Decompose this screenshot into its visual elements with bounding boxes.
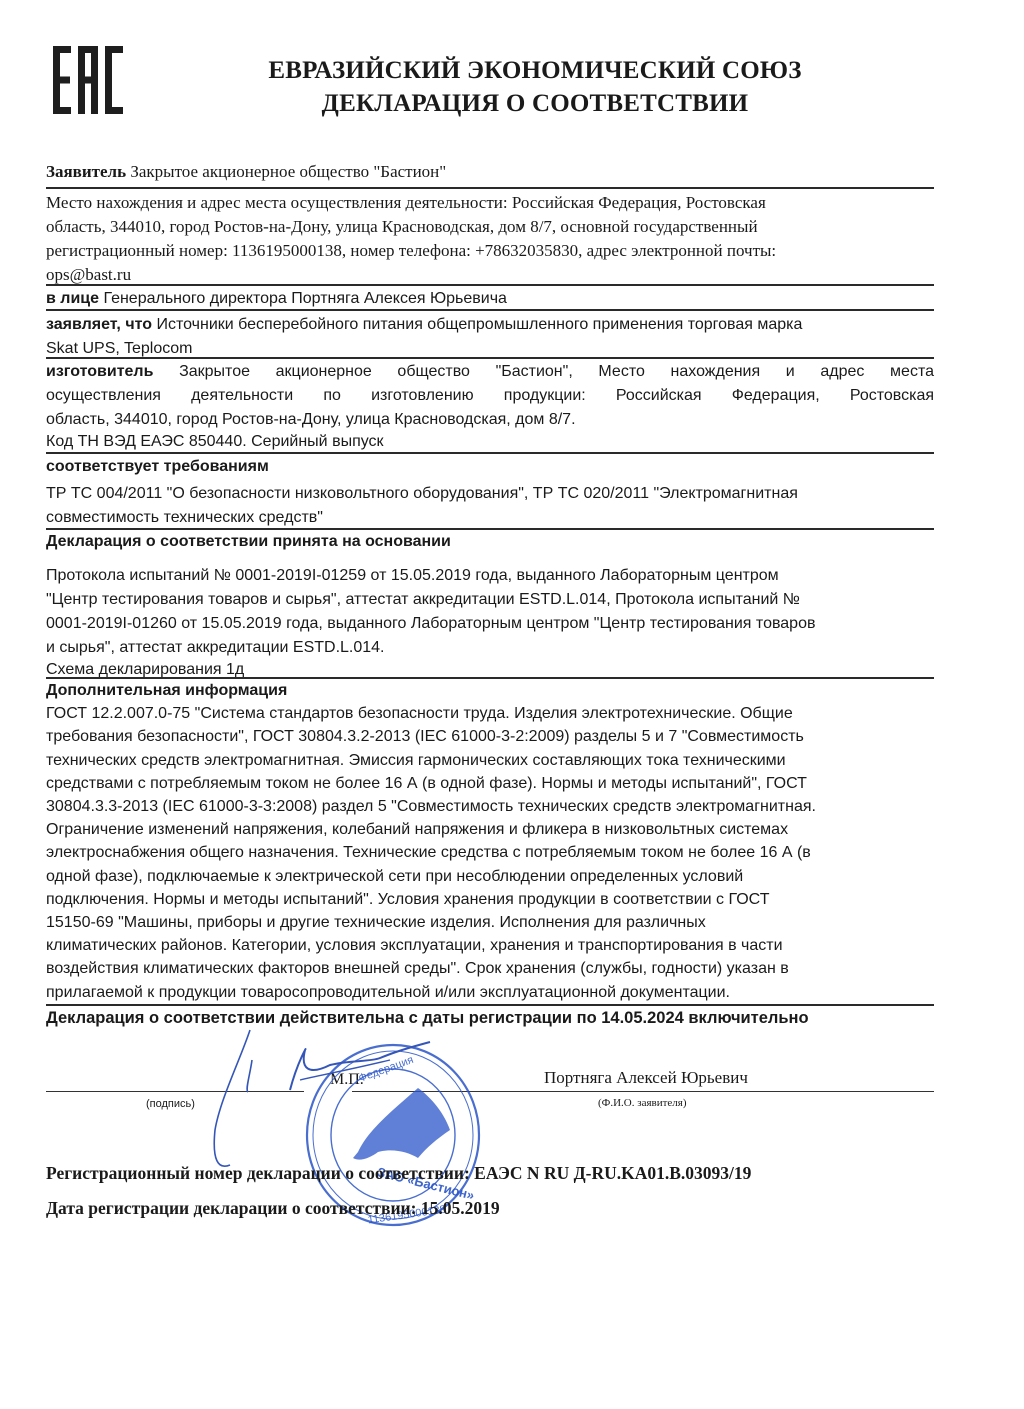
declares-row: заявляет, что Источники бесперебойного п…	[46, 313, 934, 361]
product-description: Источники бесперебойного питания общепро…	[156, 316, 802, 333]
represented-by-row: в лице Генерального директора Портняга А…	[46, 287, 934, 311]
additional-line: климатических районов. Категории, услови…	[46, 934, 934, 957]
represented-by-label: в лице	[46, 290, 99, 307]
validity-statement: Декларация о соответствии действительна …	[46, 1006, 934, 1030]
additional-line: требования безопасности", ГОСТ 30804.3.2…	[46, 725, 934, 748]
handwritten-signature-icon	[190, 1020, 450, 1180]
additional-info: Дополнительная информация ГОСТ 12.2.007.…	[46, 679, 934, 1004]
applicant-label: Заявитель	[46, 162, 126, 181]
represented-by-value: Генерального директора Портняга Алексея …	[103, 290, 506, 307]
manufacturer-row: изготовитель Закрытое акционерное общест…	[46, 360, 934, 454]
address-line: Место нахождения и адрес места осуществл…	[46, 191, 934, 215]
applicant-name: Портняга Алексей Юрьевич	[544, 1066, 844, 1090]
eac-mark-icon	[53, 46, 123, 114]
basis-line: 0001-2019I-01260 от 15.05.2019 года, выд…	[46, 612, 934, 636]
declares-label: заявляет, что	[46, 316, 152, 333]
additional-line: воздействия климатических факторов внешн…	[46, 957, 934, 980]
document-title: ЕВРАЗИЙСКИЙ ЭКОНОМИЧЕСКИЙ СОЮЗ ДЕКЛАРАЦИ…	[160, 54, 910, 120]
requirements-line: совместимость технических средств"	[46, 506, 934, 530]
requirements-row: соответствует требованиям ТР ТС 004/2011…	[46, 455, 934, 530]
divider	[46, 452, 934, 454]
registration-date-value: 15.05.2019	[421, 1198, 500, 1218]
divider	[46, 187, 934, 189]
basis-line: Протокола испытаний № 0001-2019I-01259 о…	[46, 564, 934, 588]
additional-line: Ограничение изменений напряжения, колеба…	[46, 818, 934, 841]
manufacturer-line: осуществления деятельности по изготовлен…	[46, 384, 934, 408]
additional-line: ГОСТ 12.2.007.0-75 "Система стандартов б…	[46, 702, 934, 725]
title-union: ЕВРАЗИЙСКИЙ ЭКОНОМИЧЕСКИЙ СОЮЗ	[160, 54, 910, 87]
manufacturer-label: изготовитель	[46, 363, 153, 380]
additional-line: 15150-69 "Машины, приборы и другие техни…	[46, 911, 934, 934]
registration-number-row: Регистрационный номер декларации о соотв…	[46, 1163, 751, 1184]
manufacturer-line: Закрытое акционерное общество "Бастион",…	[179, 363, 934, 380]
registration-number-value: ЕАЭС N RU Д-RU.KA01.B.03093/19	[474, 1163, 751, 1183]
applicant-value: Закрытое акционерное общество "Бастион"	[130, 162, 446, 181]
additional-info-label: Дополнительная информация	[46, 679, 934, 702]
registration-number-label: Регистрационный номер декларации о соотв…	[46, 1163, 470, 1183]
basis-label: Декларация о соответствии принята на осн…	[46, 530, 934, 554]
address-line: регистрационный номер: 1136195000138, но…	[46, 239, 934, 263]
additional-line: электроснабжения общего назначения. Техн…	[46, 841, 934, 864]
address-line: область, 344010, город Ростов-на-Дону, у…	[46, 215, 934, 239]
hs-code: Код ТН ВЭД ЕАЭС 850440. Серийный выпуск	[46, 430, 934, 454]
divider	[46, 309, 934, 311]
additional-line: средствами с потребляемым током не более…	[46, 772, 934, 795]
title-declaration: ДЕКЛАРАЦИЯ О СООТВЕТСТВИИ	[160, 87, 910, 120]
additional-line: подключения. Нормы и методы испытаний". …	[46, 888, 934, 911]
additional-line: прилагаемой к продукции товаросопроводит…	[46, 981, 934, 1004]
additional-line: одной фазе), подключаемые к электрическо…	[46, 865, 934, 888]
basis-line: и сырья", аттестат аккредитации ESTD.L.0…	[46, 636, 934, 660]
basis-line: "Центр тестирования товаров и сырья", ат…	[46, 588, 934, 612]
divider	[46, 284, 934, 286]
applicant-row: Заявитель Закрытое акционерное общество …	[46, 160, 934, 184]
requirements-line: ТР ТС 004/2011 "О безопасности низковоль…	[46, 482, 934, 506]
manufacturer-line: область, 344010, город Ростов-на-Дону, у…	[46, 408, 934, 432]
registration-date-label: Дата регистрации декларации о соответств…	[46, 1198, 416, 1218]
name-caption: (Ф.И.О. заявителя)	[598, 1097, 687, 1109]
applicant-address: Место нахождения и адрес места осуществл…	[46, 191, 934, 287]
basis-row: Декларация о соответствии принята на осн…	[46, 530, 934, 682]
registration-date-row: Дата регистрации декларации о соответств…	[46, 1198, 500, 1219]
additional-line: 30804.3.3-2013 (IEC 61000-3-3:2008) разд…	[46, 795, 934, 818]
divider	[46, 357, 934, 359]
requirements-label: соответствует требованиям	[46, 455, 934, 479]
additional-line: технических средств электромагнитная. Эм…	[46, 749, 934, 772]
signature-caption: (подпись)	[146, 1098, 195, 1110]
